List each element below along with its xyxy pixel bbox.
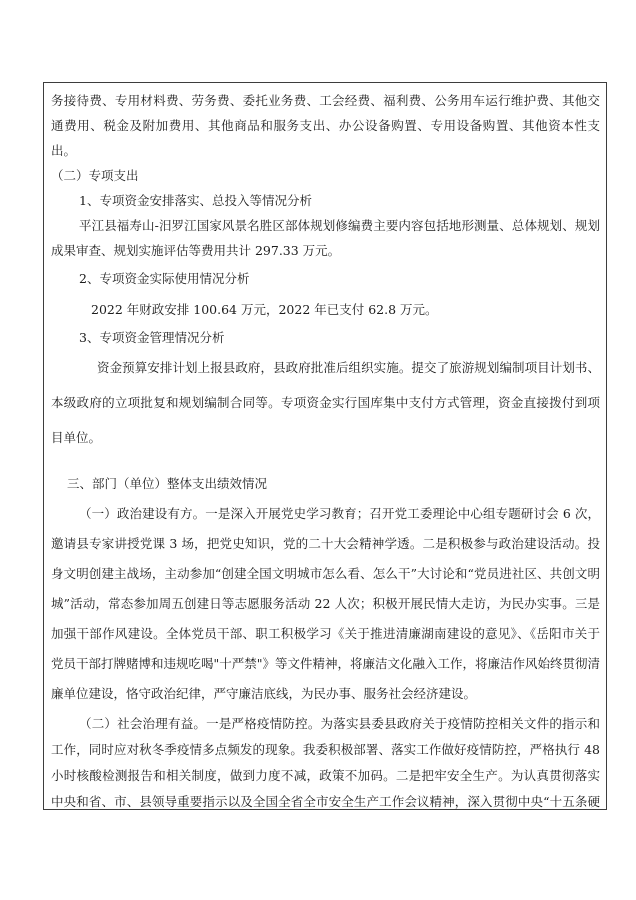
report-text-cell: 务接待费、专用材料费、劳务费、委托业务费、工会经费、福利费、公务用车运行维护费、…	[43, 82, 607, 810]
paragraph-expense-items-continued: 务接待费、专用材料费、劳务费、委托业务费、工会经费、福利费、公务用车运行维护费、…	[51, 88, 600, 163]
paragraph-social-governance: （二）社会治理有益。一是严格疫情防控。为落实县委县政府关于疫情防控相关文件的指示…	[51, 711, 600, 810]
paragraph-political-construction: （一）政治建设有方。一是深入开展党史学习教育；召开党工委理论中心组专题研讨会 6…	[51, 499, 600, 709]
paragraph-fund-figures: 2022 年财政安排 100.64 万元，2022 年已支付 62.8 万元。	[51, 297, 600, 322]
heading-fund-arrangement-analysis: 1、专项资金安排落实、总投入等情况分析	[51, 188, 600, 213]
heading-fund-usage-analysis: 2、专项资金实际使用情况分析	[51, 266, 600, 291]
heading-fund-management-analysis: 3、专项资金管理情况分析	[51, 325, 600, 350]
paragraph-fund-management-detail: 资金预算安排计划上报县政府，县政府批准后组织实施。提交了旅游规划编制项目计划书、…	[51, 350, 600, 455]
heading-section-three: 三、部门（单位）整体支出绩效情况	[51, 469, 600, 499]
paragraph-project-content: 平江县福寿山-汨罗江国家风景名胜区部体规划修编费主要内容包括地形测量、总体规划、…	[51, 213, 600, 263]
heading-special-expenditure: （二）专项支出	[51, 163, 600, 188]
document-page: 务接待费、专用材料费、劳务费、委托业务费、工会经费、福利费、公务用车运行维护费、…	[0, 0, 636, 900]
